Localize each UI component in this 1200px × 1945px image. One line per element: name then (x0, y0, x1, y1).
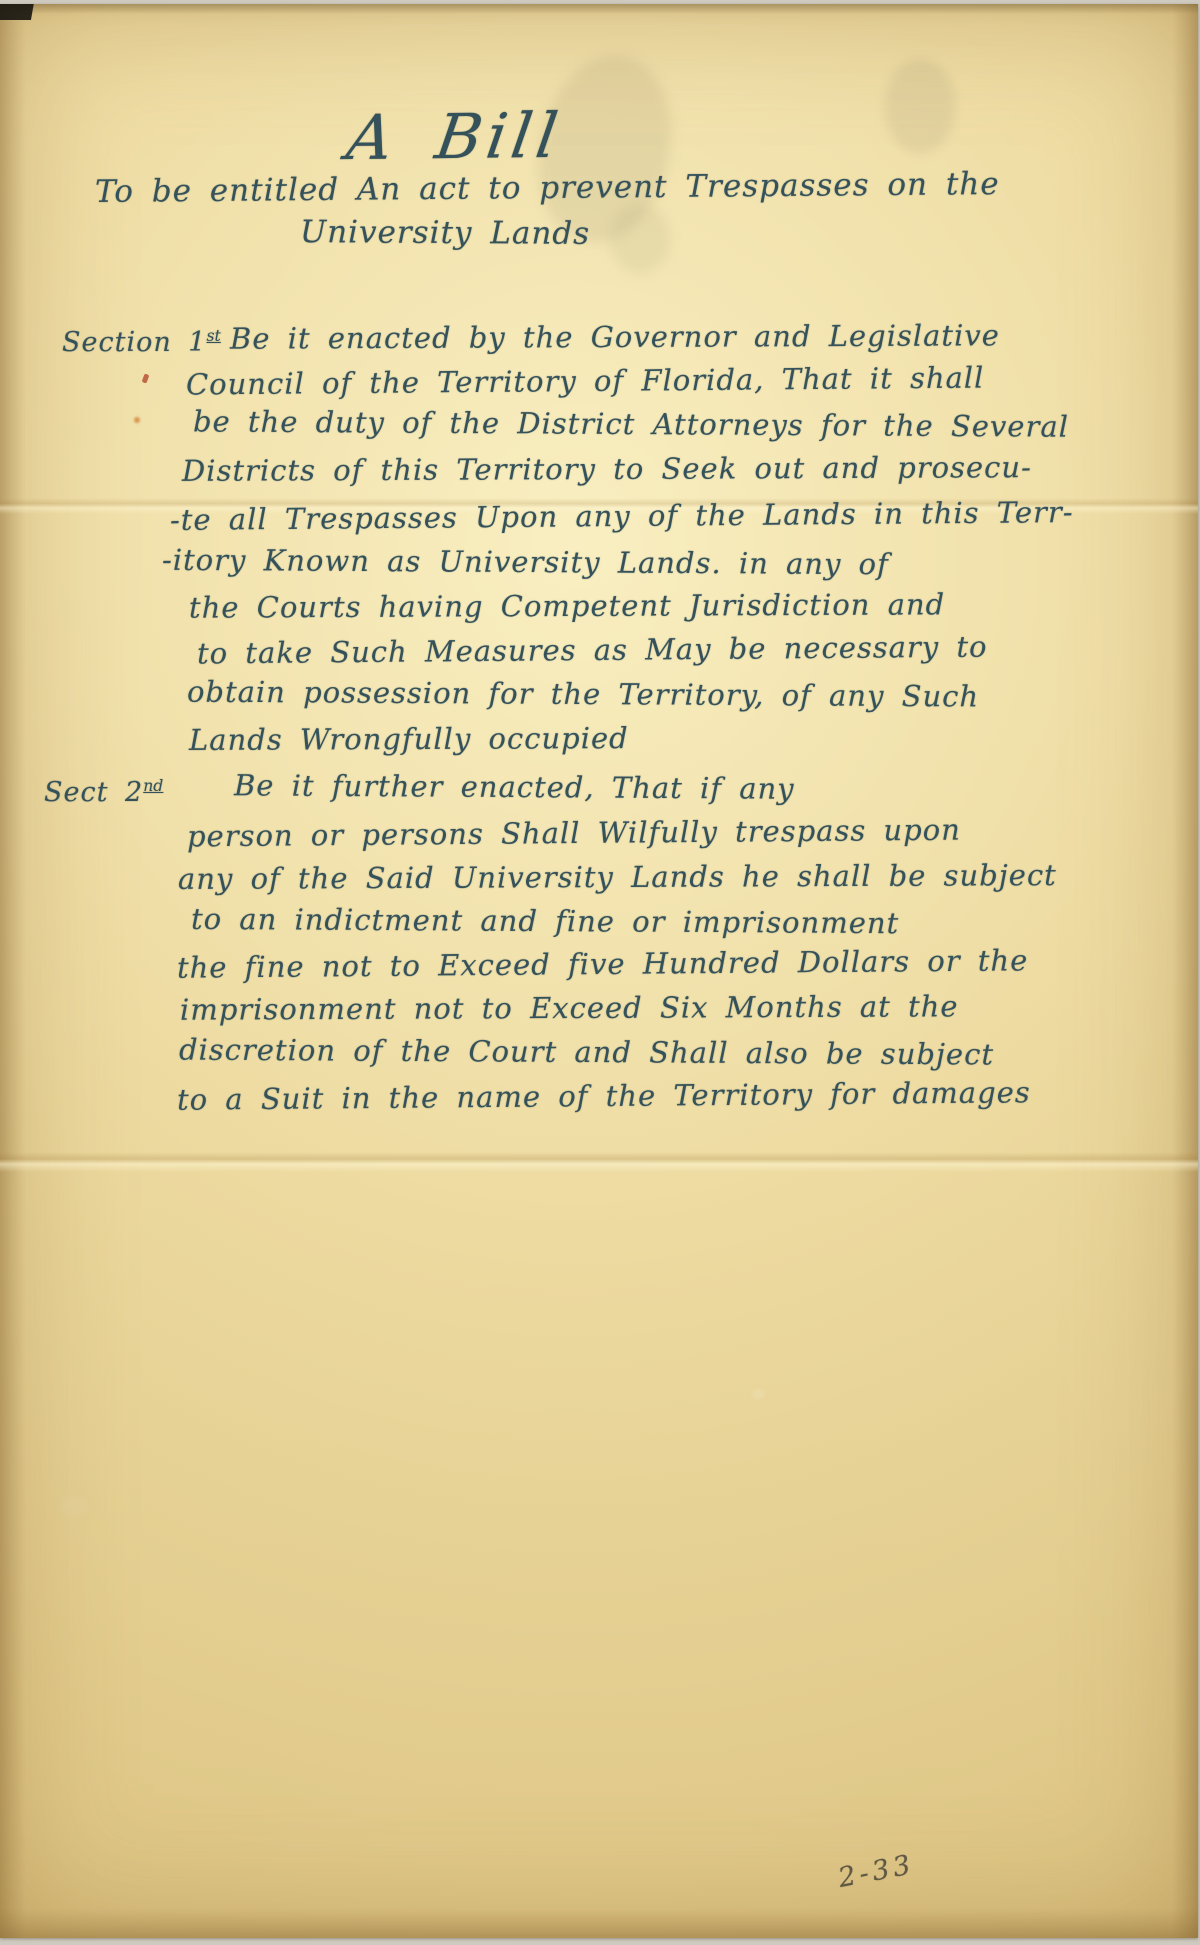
foxing-stain (885, 59, 955, 154)
red-ink-speck (142, 373, 150, 383)
document-subtitle-line-2: University Lands (300, 214, 590, 252)
paper-blemish (62, 1496, 88, 1516)
fold-crease-lower (0, 1152, 1198, 1172)
section-1-line: obtain possession for the Territory, of … (187, 675, 979, 714)
section-1-line: Council of the Territory of Florida, Tha… (186, 361, 985, 402)
section-1-label: Section 1st (62, 326, 221, 358)
section-1-line: Be it enacted by the Governor and Legisl… (230, 318, 1000, 355)
section-1-line: -itory Known as University Lands. in any… (162, 543, 889, 581)
section-1-line: -te all Trespasses Upon any of the Lands… (170, 495, 1074, 537)
section-1-line: Lands Wrongfully occupied (189, 721, 629, 757)
page-edge-shadow-left (0, 4, 26, 1938)
section-2-label-text: Sect 2 (44, 777, 143, 808)
orange-speck (134, 417, 140, 423)
section-2-line: imprisonment not to Exceed Six Months at… (180, 989, 959, 1026)
section-2-label-ordinal: nd (143, 776, 163, 795)
page-number: 2-33 (836, 1849, 917, 1894)
section-2-line: to a Suit in the name of the Territory f… (177, 1075, 1031, 1116)
section-2-line: the fine not to Exceed five Hundred Doll… (177, 943, 1029, 984)
section-2-line: person or persons Shall Wilfully trespas… (187, 813, 961, 854)
section-1-label-text: Section 1 (62, 327, 207, 358)
section-2-line: discretion of the Court and Shall also b… (179, 1033, 994, 1072)
section-1-line: be the duty of the District Attorneys fo… (193, 404, 1069, 443)
section-2-line: Be it further enacted, That if any (234, 768, 795, 805)
section-2-label: Sect 2nd (44, 776, 163, 808)
paper-blemish (752, 1389, 764, 1399)
section-1-line: the Courts having Competent Jurisdiction… (189, 587, 945, 624)
ink-bleed-smudge (610, 204, 670, 274)
page-edge-shadow-top (0, 4, 1198, 14)
section-1-line: Districts of this Territory to Seek out … (182, 450, 1032, 488)
section-1-label-ordinal: st (207, 326, 221, 345)
section-1-line: to take Such Measures as May be necessar… (197, 630, 988, 671)
page-edge-shadow-right (1172, 4, 1198, 1938)
page-edge-shadow-bottom (0, 1908, 1198, 1938)
manuscript-page: A Bill To be entitled An act to prevent … (0, 4, 1198, 1938)
document-subtitle-line-1: To be entitled An act to prevent Trespas… (95, 166, 1000, 210)
document-scan: A Bill To be entitled An act to prevent … (0, 0, 1200, 1945)
torn-corner (0, 4, 58, 20)
section-2-line: to an indictment and fine or imprisonmen… (191, 902, 899, 940)
section-2-line: any of the Said University Lands he shal… (178, 858, 1057, 896)
document-title: A Bill (342, 99, 567, 174)
